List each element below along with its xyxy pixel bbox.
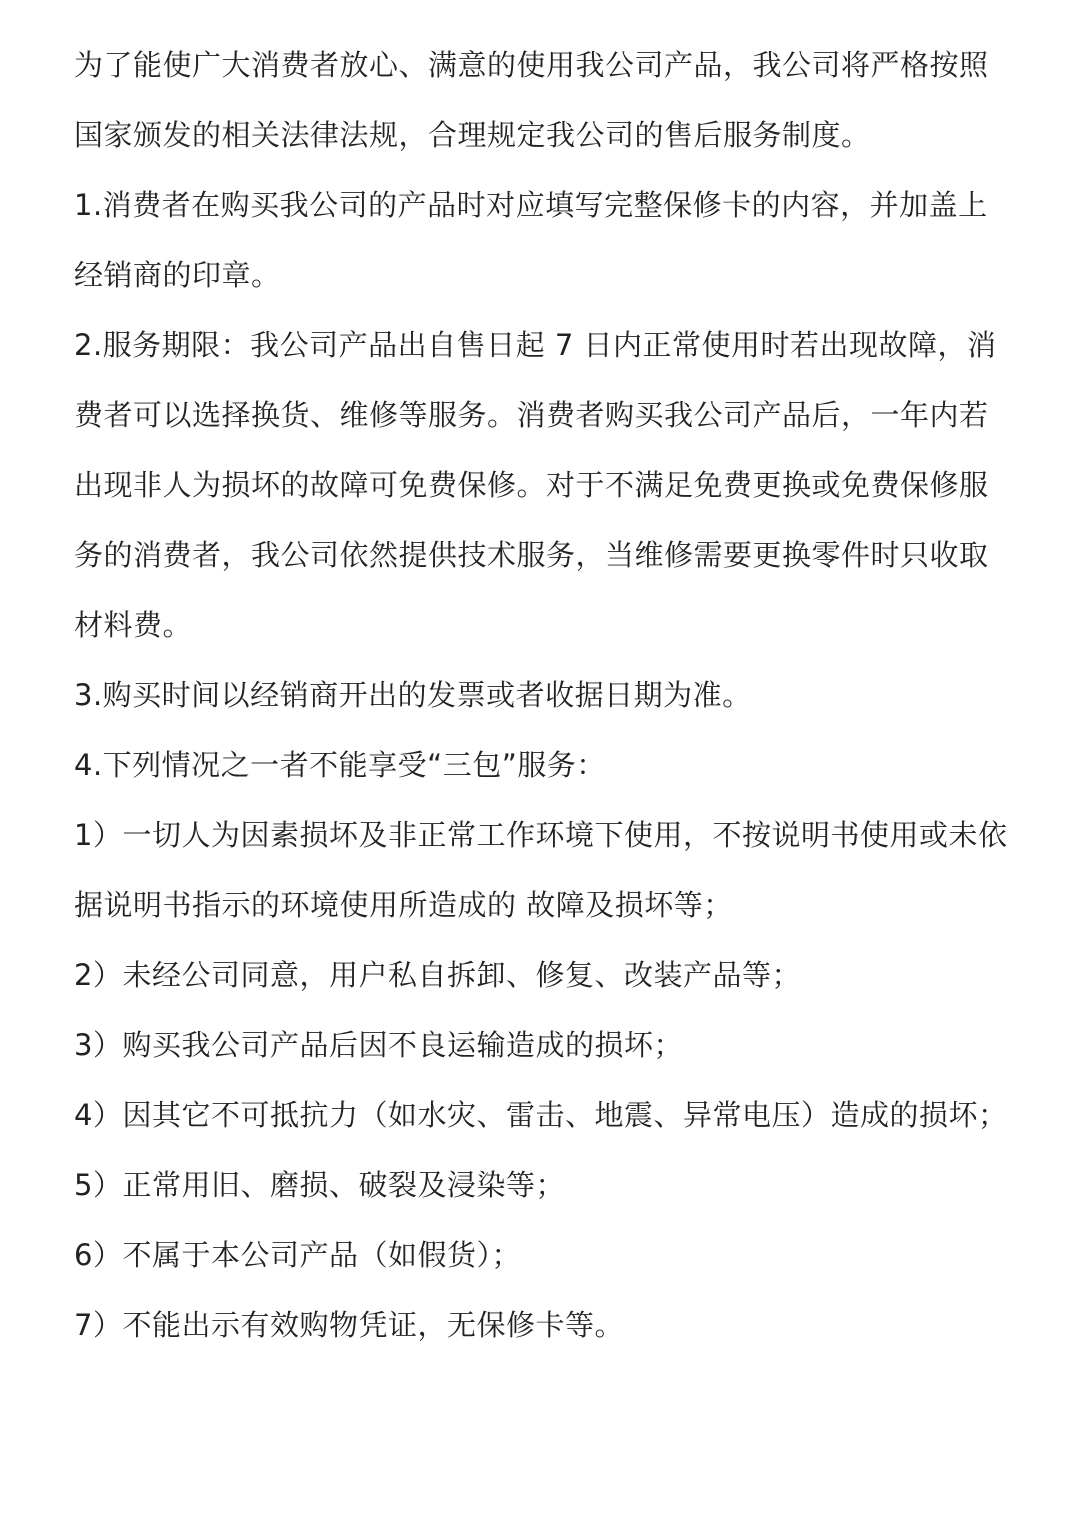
exclusion-6-counterfeit: 6）不属于本公司产品（如假货）； (74, 1220, 1014, 1290)
exclusion-4-force-majeure: 4）因其它不可抵抗力（如水灾、雷击、地震、异常电压）造成的损坏； (74, 1080, 1014, 1150)
intro-paragraph: 为了能使广大消费者放心、满意的使用我公司产品，我公司将严格按照国家颁发的相关法律… (74, 30, 1014, 170)
exclusion-7-no-receipt: 7）不能出示有效购物凭证，无保修卡等。 (74, 1290, 1014, 1360)
exclusion-1-human-damage: 1）一切人为因素损坏及非正常工作环境下使用，不按说明书使用或未依据说明书指示的环… (74, 800, 1014, 940)
rule-4-exclusions-heading: 4.下列情况之一者不能享受“三包”服务： (74, 730, 1014, 800)
warranty-document: 为了能使广大消费者放心、满意的使用我公司产品，我公司将严格按照国家颁发的相关法律… (74, 30, 1014, 1360)
rule-1-warranty-card: 1.消费者在购买我公司的产品时对应填写完整保修卡的内容，并加盖上经销商的印章。 (74, 170, 1014, 310)
rule-3-purchase-date: 3.购买时间以经销商开出的发票或者收据日期为准。 (74, 660, 1014, 730)
rule-2-service-period: 2.服务期限：我公司产品出自售日起 7 日内正常使用时若出现故障，消费者可以选择… (74, 310, 1014, 660)
exclusion-2-unauthorized-modification: 2）未经公司同意，用户私自拆卸、修复、改装产品等； (74, 940, 1014, 1010)
exclusion-3-transport-damage: 3）购买我公司产品后因不良运输造成的损坏； (74, 1010, 1014, 1080)
exclusion-5-wear-and-tear: 5）正常用旧、磨损、破裂及浸染等； (74, 1150, 1014, 1220)
